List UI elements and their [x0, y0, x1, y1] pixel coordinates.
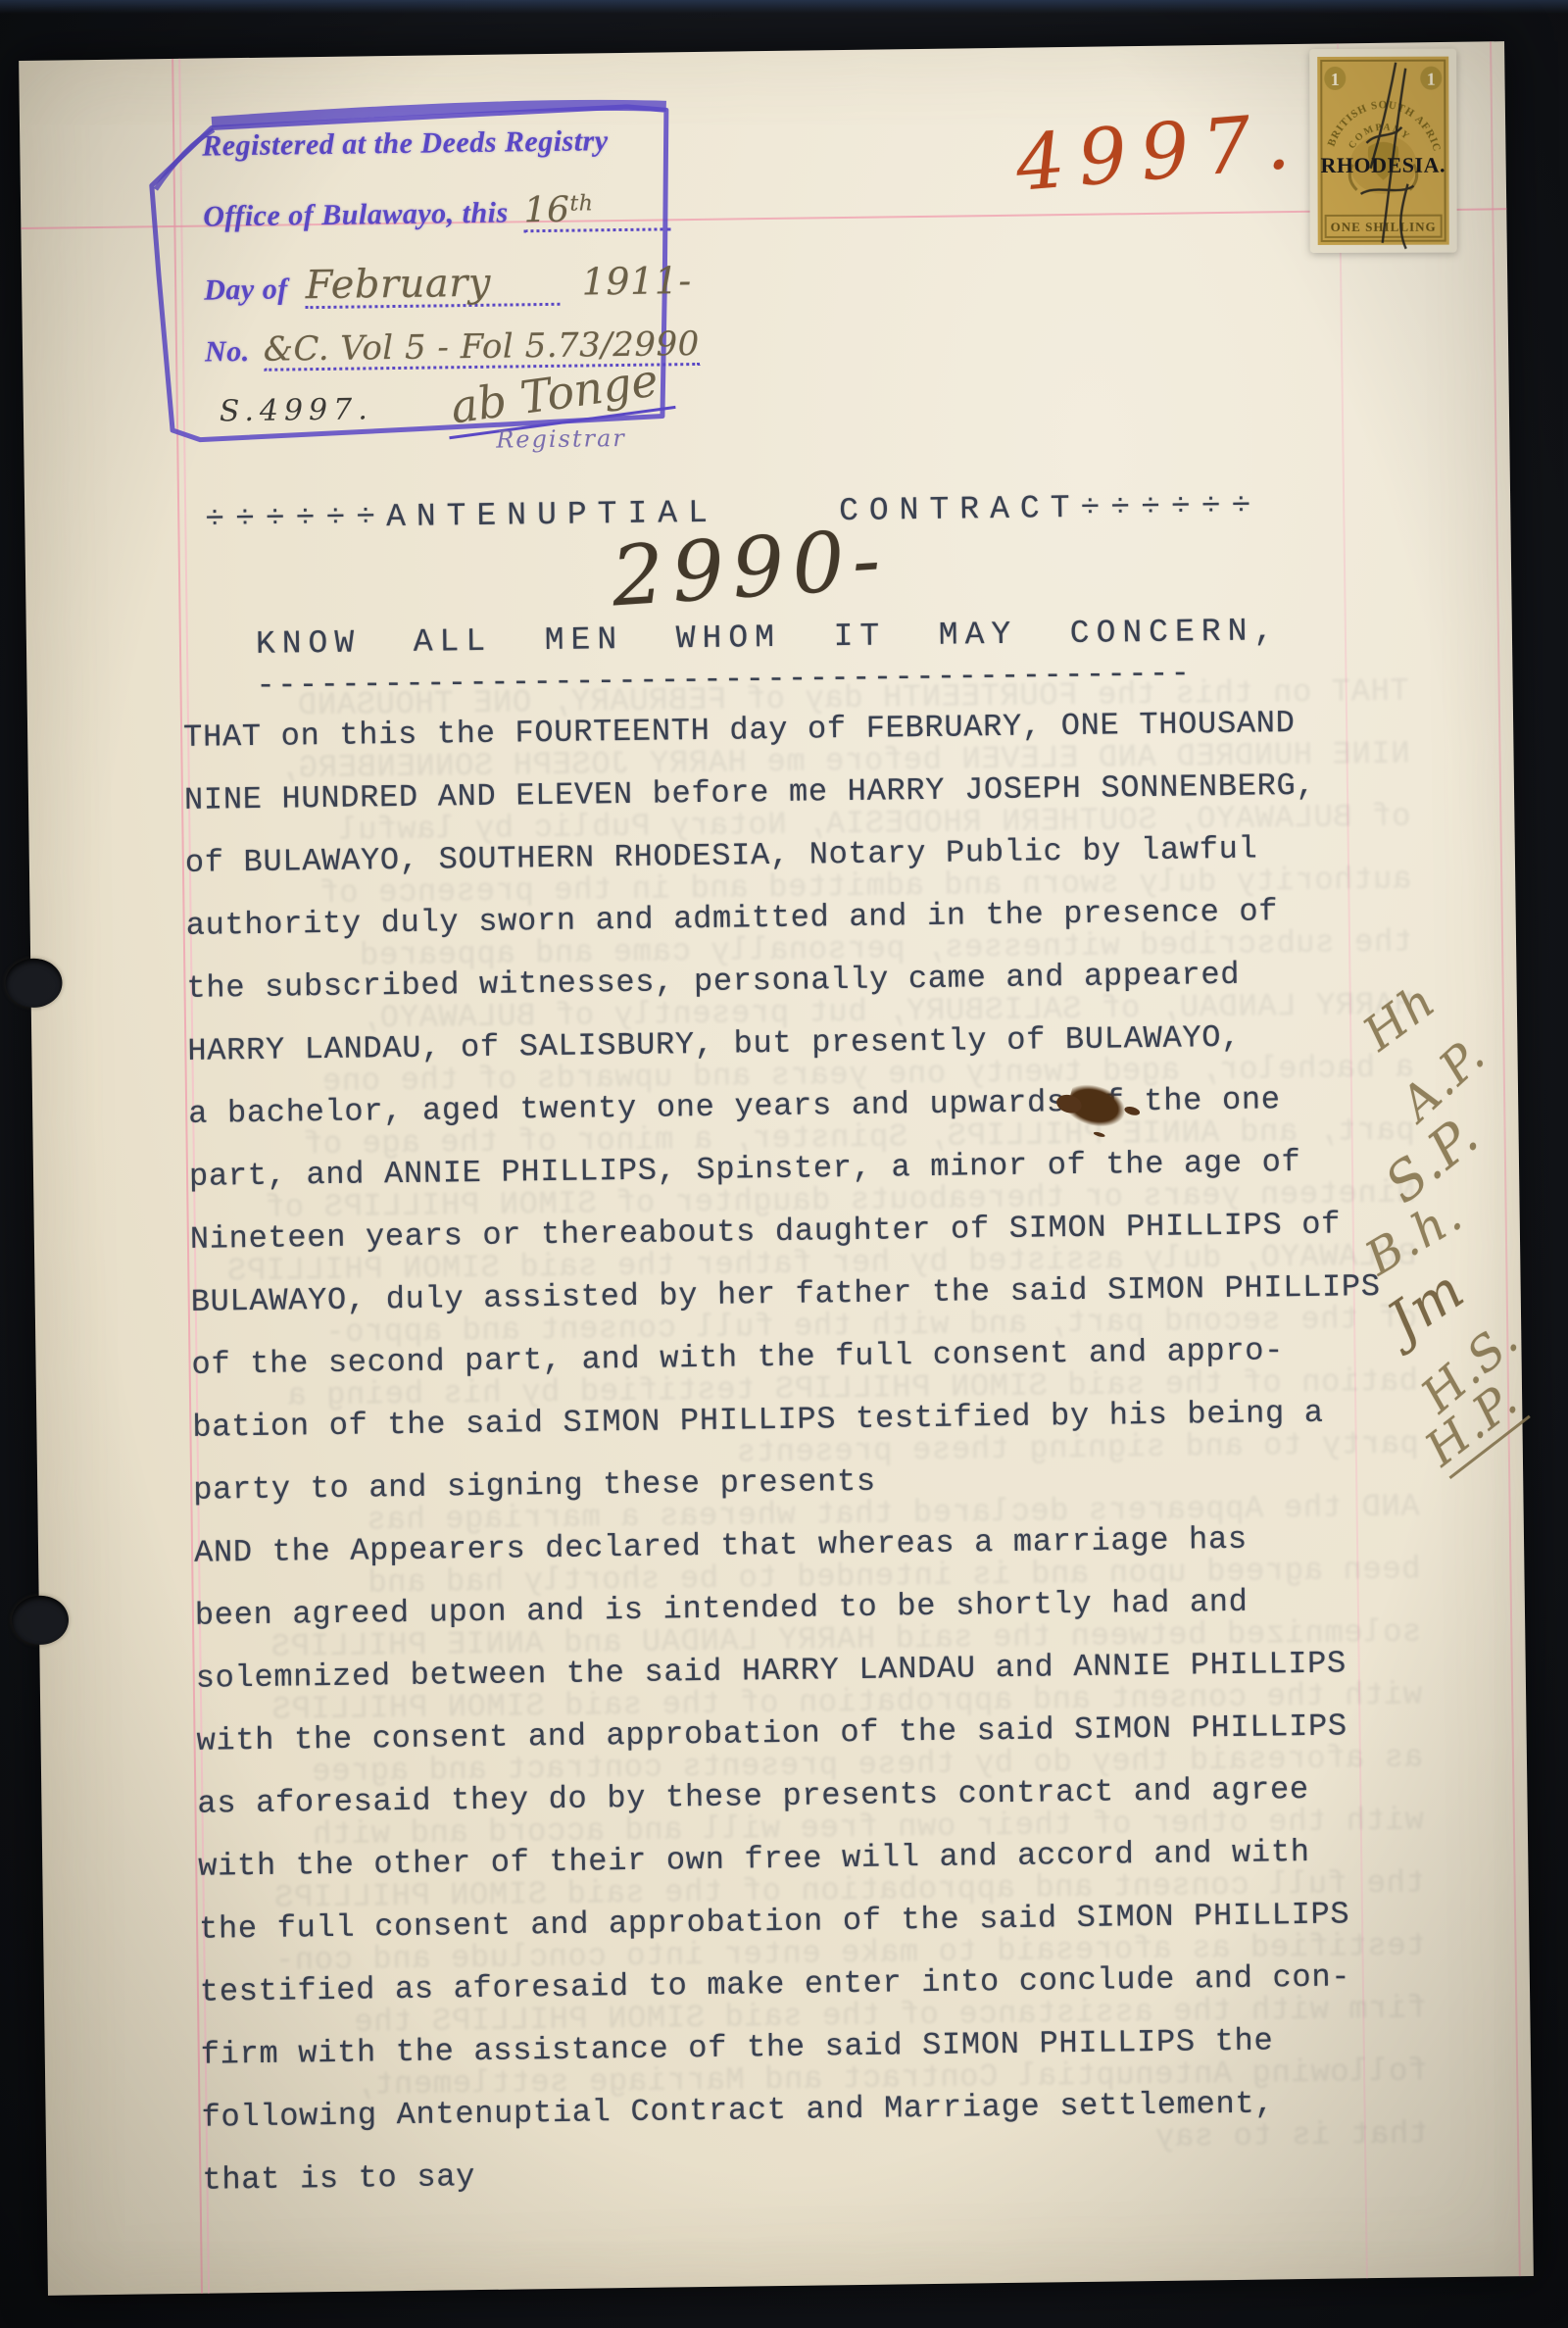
- stamp-year: 1911-: [581, 259, 692, 303]
- stamp-corner-value-left: 1: [1331, 70, 1340, 89]
- stamp-day-suffix: th: [569, 191, 593, 216]
- punch-hole-bottom: [12, 1595, 70, 1645]
- stamp-number-label: No.: [205, 335, 250, 369]
- docket-number-red: 4997.: [1012, 97, 1306, 209]
- stamp-dayof-label: Day of: [204, 272, 288, 306]
- stamp-registered-text: Registered at the Deeds Registry: [202, 124, 609, 162]
- stamp-month: February: [305, 261, 491, 308]
- body-text: THAT on this the FOURTEENTH day of FEBRU…: [183, 690, 1447, 2211]
- stamp-corner-value-right: 1: [1427, 70, 1436, 89]
- stamp-office-label: Office of Bulawayo, this: [203, 196, 509, 232]
- right-edge-rule: [1490, 41, 1521, 2276]
- stamp-serial: S.4997.: [220, 392, 373, 428]
- case-number-handwritten: 2990-: [609, 511, 891, 624]
- stamp-rhodesia-overprint: RHODESIA.: [1320, 153, 1445, 177]
- stamp-line-dayof: Day of February 1911-: [204, 259, 692, 311]
- revenue-stamp: 1 1 BRITISH SOUTH AFRICA COMPANY RHODESI…: [1309, 49, 1457, 253]
- stamp-line-registered: Registered at the Deeds Registry: [202, 124, 609, 163]
- document-page: THAT on this the FOURTEENTH day of FEBRU…: [19, 41, 1534, 2296]
- registrar-title: Registrar: [496, 424, 626, 454]
- punch-hole-top: [5, 959, 63, 1009]
- registrar-signature: ab Tonge: [444, 365, 672, 425]
- stamp-day-number: 16: [523, 190, 569, 231]
- deeds-registry-stamp: Registered at the Deeds Registry Office …: [118, 92, 689, 455]
- stamp-line-office: Office of Bulawayo, this 16th: [203, 190, 671, 236]
